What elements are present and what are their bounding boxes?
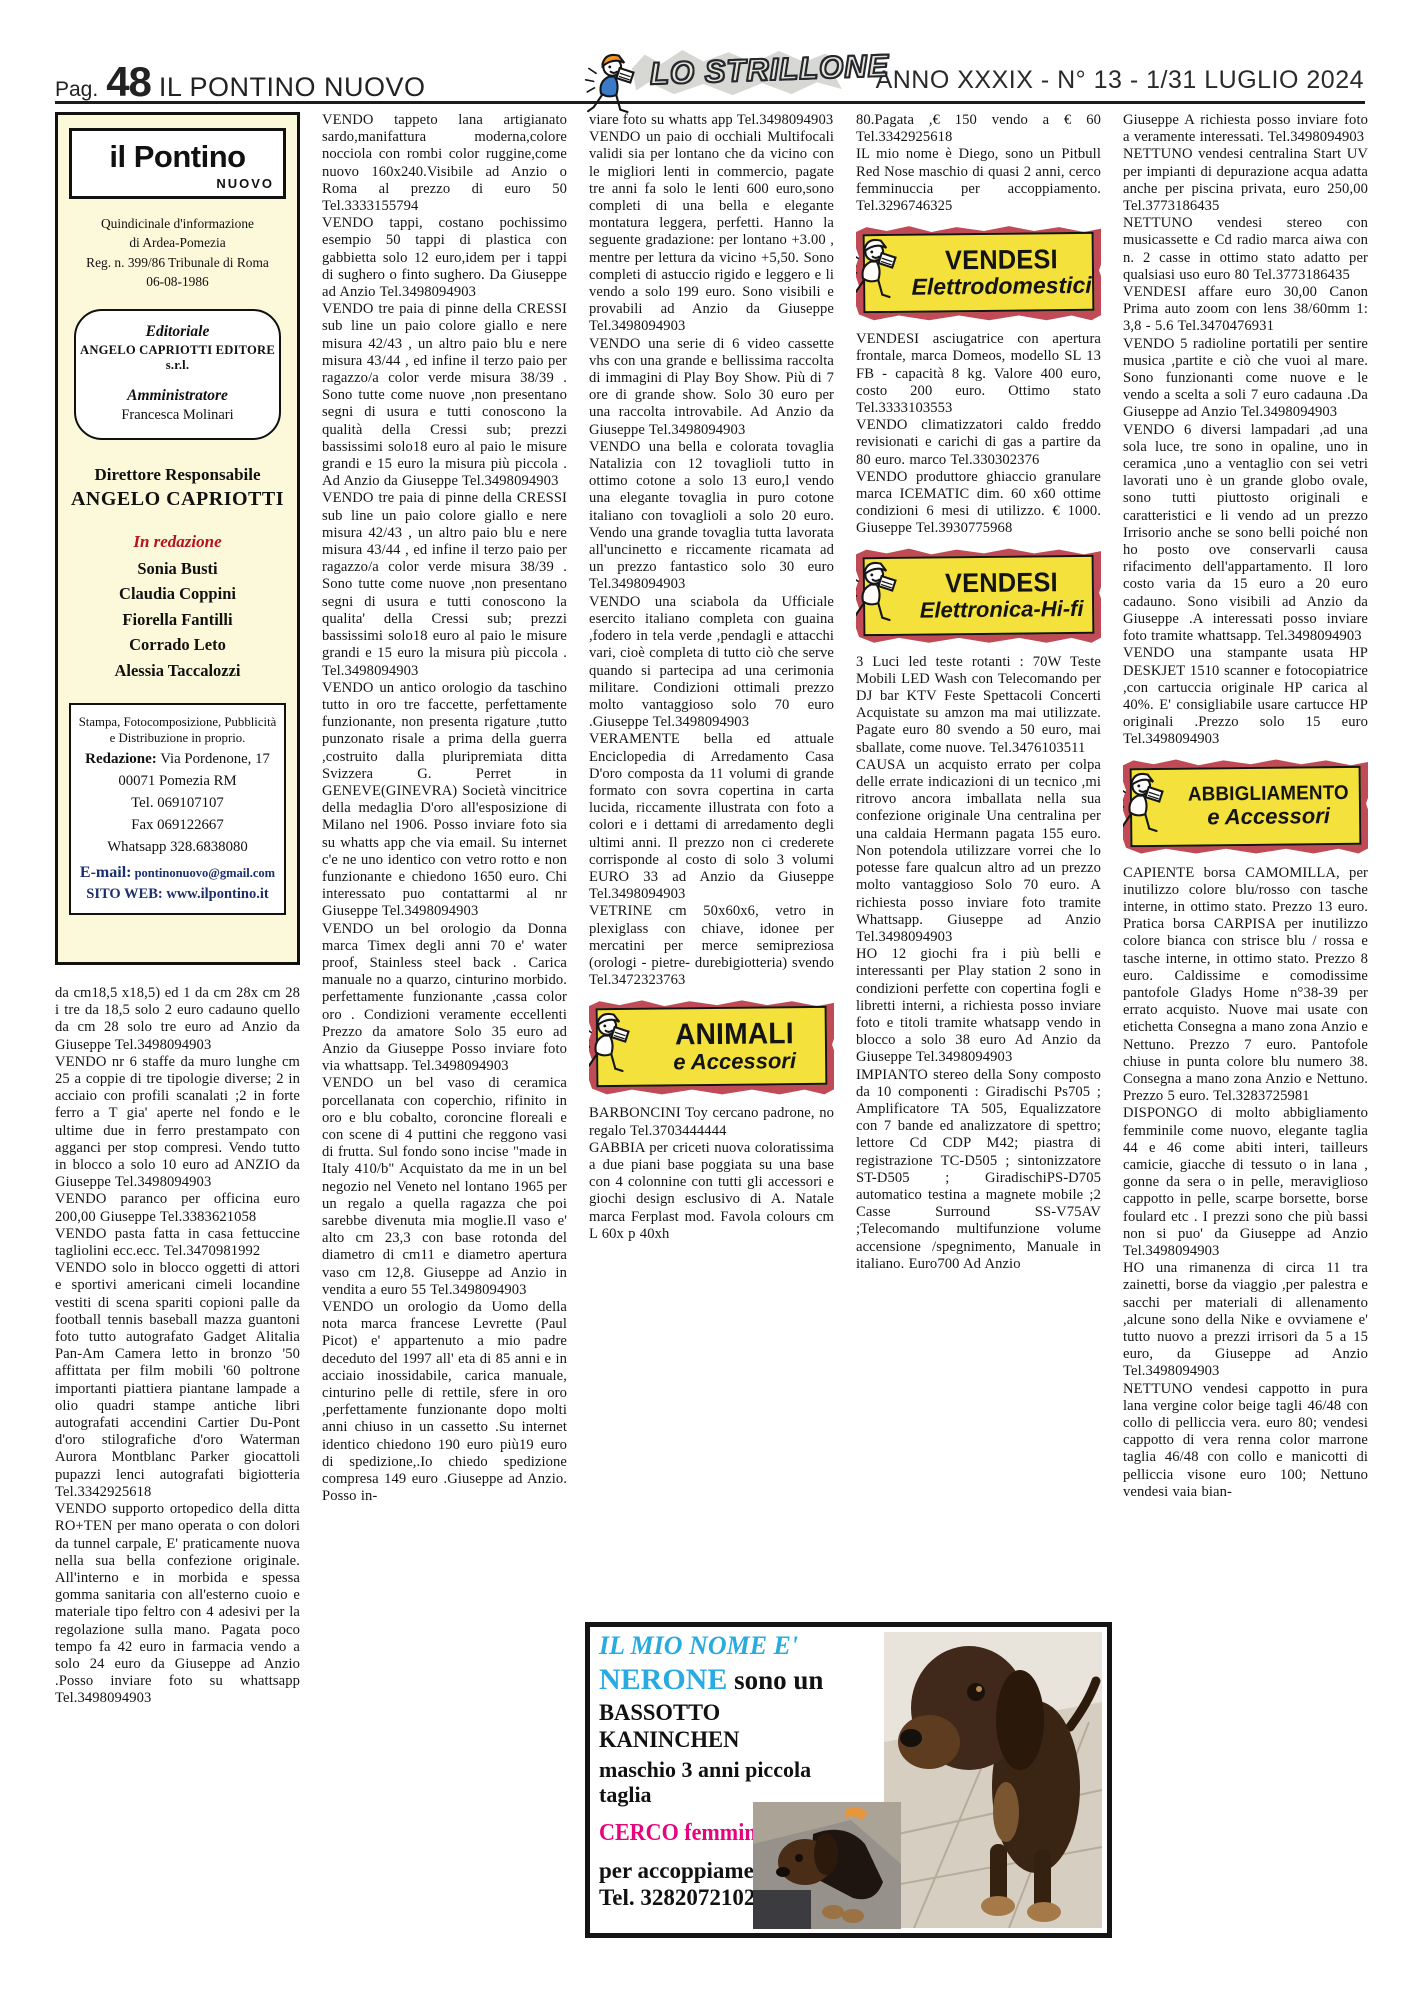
classified-ad: VENDO un bel orologio da Donna marca Tim… xyxy=(322,921,567,1076)
classified-ad: VETRINE cm 50x60x6, vetro in plexiglass … xyxy=(589,903,834,989)
page-label: Pag. xyxy=(55,78,98,102)
classified-ad: HO una rimanenza di circa 11 tra zainett… xyxy=(1123,1260,1368,1380)
masthead-logo-sub: NUOVO xyxy=(81,176,274,191)
newsboy-mascot-icon xyxy=(589,1001,633,1083)
masthead-info: Quindicinale d'informazionedi Ardea-Pome… xyxy=(69,214,286,292)
banner-text: VENDESIElettronica-Hi-fi xyxy=(911,568,1093,622)
classified-ad: VENDO una stampante usata HP DESKJET 151… xyxy=(1123,645,1368,748)
admin-label: Amministratore xyxy=(80,387,275,405)
redazione-name: Fiorella Fantilli xyxy=(69,607,286,633)
paper-name: IL PONTINO NUOVO xyxy=(159,72,426,103)
phone-line: Tel. 069107107 xyxy=(74,794,281,814)
classified-ad: VENDESI affare euro 30,00 Canon Prima au… xyxy=(1123,284,1368,336)
category-banner-animali-e-accessori: ANIMALIe Accessori xyxy=(589,999,834,1095)
address-line: Redazione: Via Pordenone, 17 xyxy=(74,749,281,770)
email-label: E-mail: xyxy=(80,864,132,881)
classified-ad: VENDO supporto ortopedico della ditta RO… xyxy=(55,1501,300,1707)
address-value: Via Pordenone, 17 xyxy=(160,751,270,767)
redazione-block: In redazione Sonia BustiClaudia CoppiniF… xyxy=(69,532,286,684)
classified-ad: GABBIA per criceti nuova coloratissima a… xyxy=(589,1140,834,1243)
newsboy-mascot-icon xyxy=(856,227,900,309)
admin-name: Francesca Molinari xyxy=(80,407,275,424)
logo-text: LO STRILLONE xyxy=(649,48,889,92)
address-label: Redazione: xyxy=(85,751,157,767)
banner-text: VENDESIElettrodomestici xyxy=(911,245,1093,301)
column-1: il Pontino NUOVO Quindicinale d'informaz… xyxy=(55,112,300,2000)
classified-ad: NETTUNO vendesi cappotto in pura lana ve… xyxy=(1123,1381,1368,1501)
dog-photo-large xyxy=(884,1632,1102,1928)
newsboy-mascot-icon xyxy=(580,42,638,124)
issue-info: ANNO XXXIX - N° 13 - 1/31 LUGLIO 2024 xyxy=(876,66,1364,95)
website-line: SITO WEB: www.ilpontino.it xyxy=(74,886,281,903)
classified-ad: VENDO 5 radioline portatili per sentire … xyxy=(1123,336,1368,422)
classified-ad: VENDO un bel vaso di ceramica porcellana… xyxy=(322,1075,567,1299)
masthead-info-line: Reg. n. 399/86 Tribunale di Roma xyxy=(69,253,286,272)
banner-text: ANIMALIe Accessori xyxy=(644,1018,826,1076)
masthead-logo-main: il Pontino xyxy=(81,139,274,175)
classified-ad: VENDO tappeto lana artigianato sardo,man… xyxy=(322,112,567,215)
newspaper-page: Pag. 48 IL PONTINO NUOVO LO STRILLONE AN… xyxy=(0,0,1420,2000)
banner-text: ABBIGLIAMENTOe Accessori xyxy=(1178,782,1359,829)
column-3: viare foto su whatts app Tel.3498094903V… xyxy=(589,112,834,1617)
classified-ad: HO 12 giochi fra i più belli e interessa… xyxy=(856,946,1101,1066)
classified-ad: VENDO una sciabola da Ufficiale esercito… xyxy=(589,594,834,732)
editorial-name: ANGELO CAPRIOTTI EDITORE s.r.l. xyxy=(80,343,275,373)
redazione-name: Alessia Taccalozzi xyxy=(69,658,286,684)
classified-ad: NETTUNO vendesi centralina Start UV per … xyxy=(1123,146,1368,215)
email-value: pontinonuovo@gmail.com xyxy=(135,866,275,880)
classified-ad: BARBONCINI Toy cercano padrone, no regal… xyxy=(589,1105,834,1139)
redazione-name: Claudia Coppini xyxy=(69,581,286,607)
email-line: E-mail: pontinonuovo@gmail.com xyxy=(74,864,281,882)
print-info-1: Stampa, Fotocomposizione, Pubblicità xyxy=(74,714,281,731)
dog-after-name: sono un xyxy=(734,1665,823,1695)
classified-ad: VENDO solo in blocco oggetti di attori e… xyxy=(55,1260,300,1501)
category-banner-vendesi-elettrodomestici: VENDESIElettrodomestici xyxy=(856,225,1101,321)
whatsapp-line: Whatsapp 328.6838080 xyxy=(74,838,281,858)
page-header-left: Pag. 48 IL PONTINO NUOVO xyxy=(55,58,425,106)
fax-line: Fax 069122667 xyxy=(74,816,281,836)
classified-ad: 3 Luci led teste rotanti : 70W Teste Mob… xyxy=(856,654,1101,757)
nerone-dog-ad: IL MIO NOME E' NERONE sono un BASSOTTO K… xyxy=(585,1622,1112,1938)
classified-ad: VENDO produttore ghiaccio granulare marc… xyxy=(856,469,1101,538)
masthead-box: il Pontino NUOVO Quindicinale d'informaz… xyxy=(55,112,300,965)
director-label: Direttore Responsabile xyxy=(69,465,286,485)
redazione-names: Sonia BustiClaudia CoppiniFiorella Fanti… xyxy=(69,556,286,684)
director-name: ANGELO CAPRIOTTI xyxy=(69,488,286,511)
classified-ad: CAPIENTE borsa CAMOMILLA, per inutilizzo… xyxy=(1123,865,1368,1106)
newsboy-mascot-icon xyxy=(856,550,900,632)
masthead-info-line: 06-08-1986 xyxy=(69,272,286,291)
banner-line1: ABBIGLIAMENTO xyxy=(1183,782,1353,805)
print-info-2: e Distribuzione in proprio. xyxy=(74,730,281,747)
category-banner-vendesi-elettronica-hi-fi: VENDESIElettronica-Hi-fi xyxy=(856,548,1101,644)
banner-line2: e Accessori xyxy=(644,1049,825,1075)
column-4: 80.Pagata ,€ 150 vendo a € 60 Tel.334292… xyxy=(856,112,1101,1617)
banner-line1: VENDESI xyxy=(916,245,1086,275)
lo-strillone-logo: LO STRILLONE xyxy=(592,40,842,104)
classified-ad: VENDO una bella e colorata tovaglia Nata… xyxy=(589,439,834,594)
category-banner-abbigliamento-e-accessori: ABBIGLIAMENTOe Accessori xyxy=(1123,759,1368,855)
dog-name: NERONE xyxy=(599,1663,727,1696)
page-number: 48 xyxy=(106,58,151,106)
dog-photo-small xyxy=(753,1802,901,1929)
classified-ad: VENDO 6 diversi lampadari ,ad una sola l… xyxy=(1123,422,1368,646)
classified-ad: VENDO climatizzatori caldo freddo revisi… xyxy=(856,417,1101,469)
editorial-box: Editoriale ANGELO CAPRIOTTI EDITORE s.r.… xyxy=(74,309,281,440)
banner-line1: ANIMALI xyxy=(649,1018,819,1051)
classified-ad: VENDO pasta fatta in casa fettuccine tag… xyxy=(55,1226,300,1260)
website-value: www.ilpontino.it xyxy=(166,886,268,902)
classified-ad: Giuseppe A richiesta posso inviare foto … xyxy=(1123,112,1368,146)
column-5: Giuseppe A richiesta posso inviare foto … xyxy=(1123,112,1368,2000)
classified-ad: VENDO tre paia di pinne della CRESSI sub… xyxy=(322,301,567,490)
classified-ad: VENDO un paio di occhiali Multifocali va… xyxy=(589,129,834,335)
masthead-logo-box: il Pontino NUOVO xyxy=(69,128,286,199)
dog-ad-title: IL MIO NOME E' xyxy=(599,1631,854,1661)
classified-ad: da cm18,5 x18,5) ed 1 da cm 28x cm 28 i … xyxy=(55,985,300,1054)
classified-ad: VENDO una serie di 6 video cassette vhs … xyxy=(589,336,834,439)
masthead-info-line: di Ardea-Pomezia xyxy=(69,233,286,252)
classified-ad: VENDO tre paia di pinne della CRESSI sub… xyxy=(322,490,567,679)
classified-ad: VENDESI asciugatrice con apertura fronta… xyxy=(856,331,1101,417)
dog-ad-name-line: NERONE sono un xyxy=(599,1663,854,1696)
column-1-ads: da cm18,5 x18,5) ed 1 da cm 28x cm 28 i … xyxy=(55,985,300,1708)
classified-ad: DISPONGO di molto abbigliamento femminil… xyxy=(1123,1105,1368,1260)
redazione-name: Corrado Leto xyxy=(69,632,286,658)
classified-ad: 80.Pagata ,€ 150 vendo a € 60 Tel.334292… xyxy=(856,112,1101,146)
classified-ad: VENDO tappi, costano pochissimo esempio … xyxy=(322,215,567,301)
editorial-label: Editoriale xyxy=(80,323,275,341)
banner-line2: e Accessori xyxy=(1178,803,1359,829)
classified-ad: VENDO nr 6 staffe da muro lunghe cm 25 a… xyxy=(55,1054,300,1192)
classified-ad: VENDO un antico orologio da taschino tut… xyxy=(322,680,567,921)
classified-ad: NETTUNO vendesi stereo con musicassette … xyxy=(1123,215,1368,284)
banner-line1: VENDESI xyxy=(916,568,1086,598)
column-2: VENDO tappeto lana artigianato sardo,man… xyxy=(322,112,567,2000)
classified-ad: VERAMENTE bella ed attuale Enciclopedia … xyxy=(589,731,834,903)
dog-desc: maschio 3 anni piccola taglia xyxy=(599,1757,854,1808)
newsboy-mascot-icon xyxy=(1123,761,1167,843)
banner-line2: Elettronica-Hi-fi xyxy=(911,596,1092,622)
classified-ad: IMPIANTO stereo della Sony composto da 1… xyxy=(856,1067,1101,1273)
classified-ad: VENDO paranco per officina euro 200,00 G… xyxy=(55,1191,300,1225)
contact-box: Stampa, Fotocomposizione, Pubblicità e D… xyxy=(69,703,286,915)
classified-ad: VENDO un orologio da Uomo della nota mar… xyxy=(322,1299,567,1505)
redazione-name: Sonia Busti xyxy=(69,556,286,582)
website-label: SITO WEB: xyxy=(86,886,162,902)
classified-ad: IL mio nome è Diego, sono un Pitbull Red… xyxy=(856,146,1101,215)
city-line: 00071 Pomezia RM xyxy=(74,772,281,792)
banner-line2: Elettrodomestici xyxy=(911,273,1092,300)
redazione-label: In redazione xyxy=(69,532,286,552)
director-block: Direttore Responsabile ANGELO CAPRIOTTI xyxy=(69,465,286,511)
dog-breed: BASSOTTO KANINCHEN xyxy=(599,1700,844,1754)
masthead-info-line: Quindicinale d'informazione xyxy=(69,214,286,233)
classified-ad: CAUSA un acquisto errato per colpa delle… xyxy=(856,757,1101,946)
